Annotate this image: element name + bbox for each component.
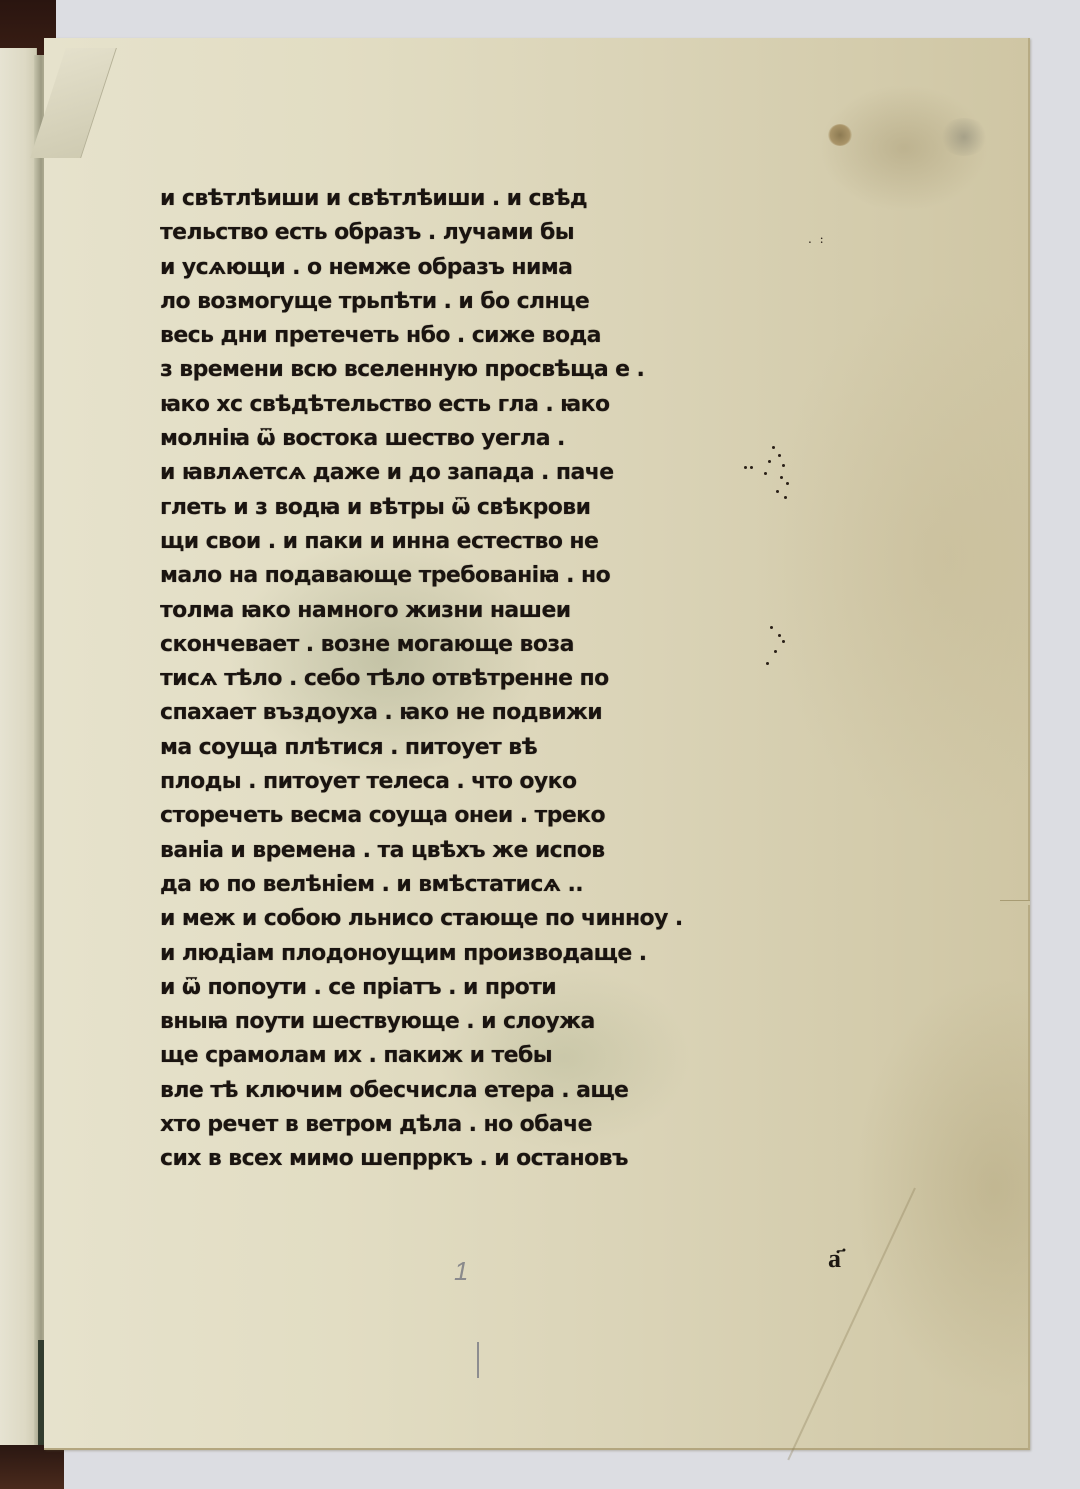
text-line: щи свои . и паки и инна естество не [160,525,760,559]
text-line: сих в всех мимо шепрркъ . и остановъ [160,1142,760,1176]
text-line: и людiам плодоноущим производаще . [160,937,760,971]
text-line: глеть и з водꙗ и вѣтры ѿ свѣкрови [160,491,760,525]
text-line: мало на подавающе требованiꙗ . но [160,559,760,593]
text-line: и ѿ попоути . се прiатъ . и проти [160,971,760,1005]
pricking-holes [742,440,802,670]
text-line: ще срамолам их . пакиж и тебы [160,1039,760,1073]
text-line: и меж и собою льнисо стающе по чинноу . [160,902,760,936]
ink-folio-number: а҃ [828,1244,841,1274]
text-line: вле тѣ ключим обесчисла етера . аще [160,1074,760,1108]
text-line: и свѣтлѣиши и свѣтлѣиши . и свѣд [160,182,760,216]
text-line: плоды . питоует телеса . что оуко [160,765,760,799]
edge-tear [1000,900,1030,905]
text-line: ꙗко хс свѣдѣтельство есть гла . ꙗко [160,388,760,422]
crease-line [787,1188,916,1461]
text-line: хто речет в ветром дѣла . но обаче [160,1108,760,1142]
text-line: и ꙗвлѧетсѧ даже и до запада . паче [160,456,760,490]
text-line: и усѧющи . о немже образъ нима [160,251,760,285]
text-line: толма ꙗко намного жизни нашеи [160,594,760,628]
text-line: весь дни претечеть нбо . сиже вода [160,319,760,353]
margin-dots: . : [808,232,826,246]
previous-leaf-edge [0,48,37,1458]
text-line: ло возмогуще трьпѣти . и бо слнце [160,285,760,319]
text-line: з времени всю вселенную просвѣща е . [160,353,760,387]
text-line: скончевает . возне могающе воза [160,628,760,662]
binding-cover-bottom [0,1445,64,1489]
text-line: спахает въздоуха . ꙗко не подвижи [160,696,760,730]
text-line: вныꙗ поути шествующе . и слоужа [160,1005,760,1039]
text-line: тисѧ тѣло . себо тѣло отвѣтренне по [160,662,760,696]
mold-spot [939,118,989,156]
text-line: молнiꙗ ѿ востока шество уегла . [160,422,760,456]
pencil-folio-number: 1 [454,1256,468,1287]
text-line: да ю по велѣнiем . и вмѣстатисѧ .. [160,868,760,902]
text-line: тельство есть образъ . лучами бы [160,216,760,250]
text-line: сторечеть весма соуща онеи . треко [160,799,760,833]
text-line: ма соуща плѣтися . питоует вѣ [160,731,760,765]
manuscript-text: и свѣтлѣиши и свѣтлѣиши . и свѣд тельств… [160,182,760,1177]
text-line: ванiа и времена . та цвѣхъ же испов [160,834,760,868]
pencil-mark [477,1342,479,1378]
ink-stain [828,124,852,146]
